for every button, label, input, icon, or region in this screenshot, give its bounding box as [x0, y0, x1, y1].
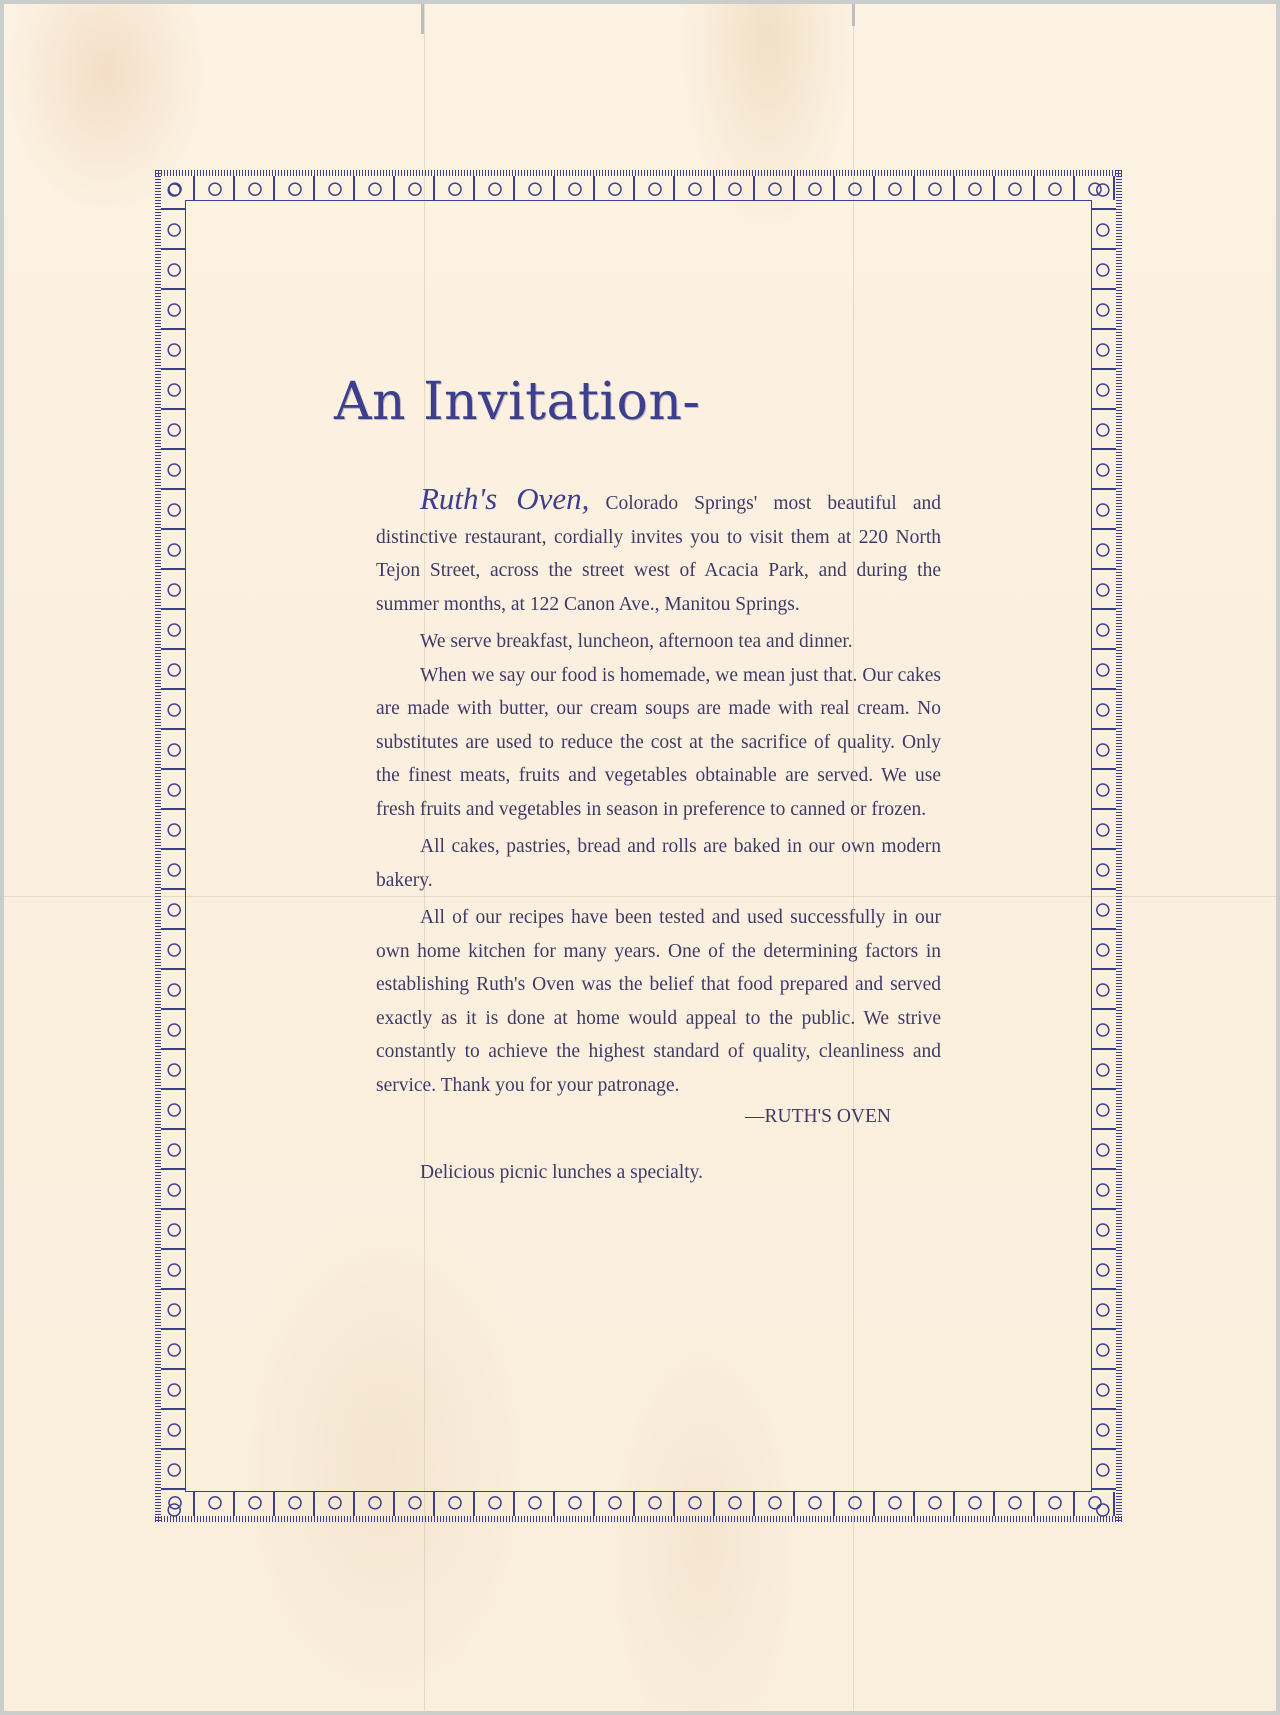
paragraph-meals: We serve breakfast, luncheon, afternoon …: [376, 625, 941, 659]
border-bottom: [155, 1492, 1122, 1522]
paragraph-homemade: When we say our food is homemade, we mea…: [376, 659, 941, 827]
paragraph-recipes: All of our recipes have been tested and …: [376, 901, 941, 1102]
specialty-note: Delicious picnic lunches a specialty.: [376, 1156, 941, 1190]
paper-tear: [852, 4, 855, 26]
border-right: [1092, 170, 1122, 1522]
paper-sheet: An Invitation- Ruth's Oven, Colorado Spr…: [4, 4, 1276, 1711]
restaurant-name: Ruth's Oven,: [420, 481, 589, 516]
border-top: [155, 170, 1122, 200]
paper-tear: [421, 4, 424, 34]
paragraph-bakery: All cakes, pastries, bread and rolls are…: [376, 830, 941, 897]
intro-paragraph: Ruth's Oven, Colorado Springs' most beau…: [376, 482, 941, 621]
invitation-body: Ruth's Oven, Colorado Springs' most beau…: [376, 482, 941, 1189]
signature: —RUTH'S OVEN: [376, 1100, 941, 1134]
border-left: [155, 170, 185, 1522]
page-title: An Invitation-: [334, 372, 700, 432]
